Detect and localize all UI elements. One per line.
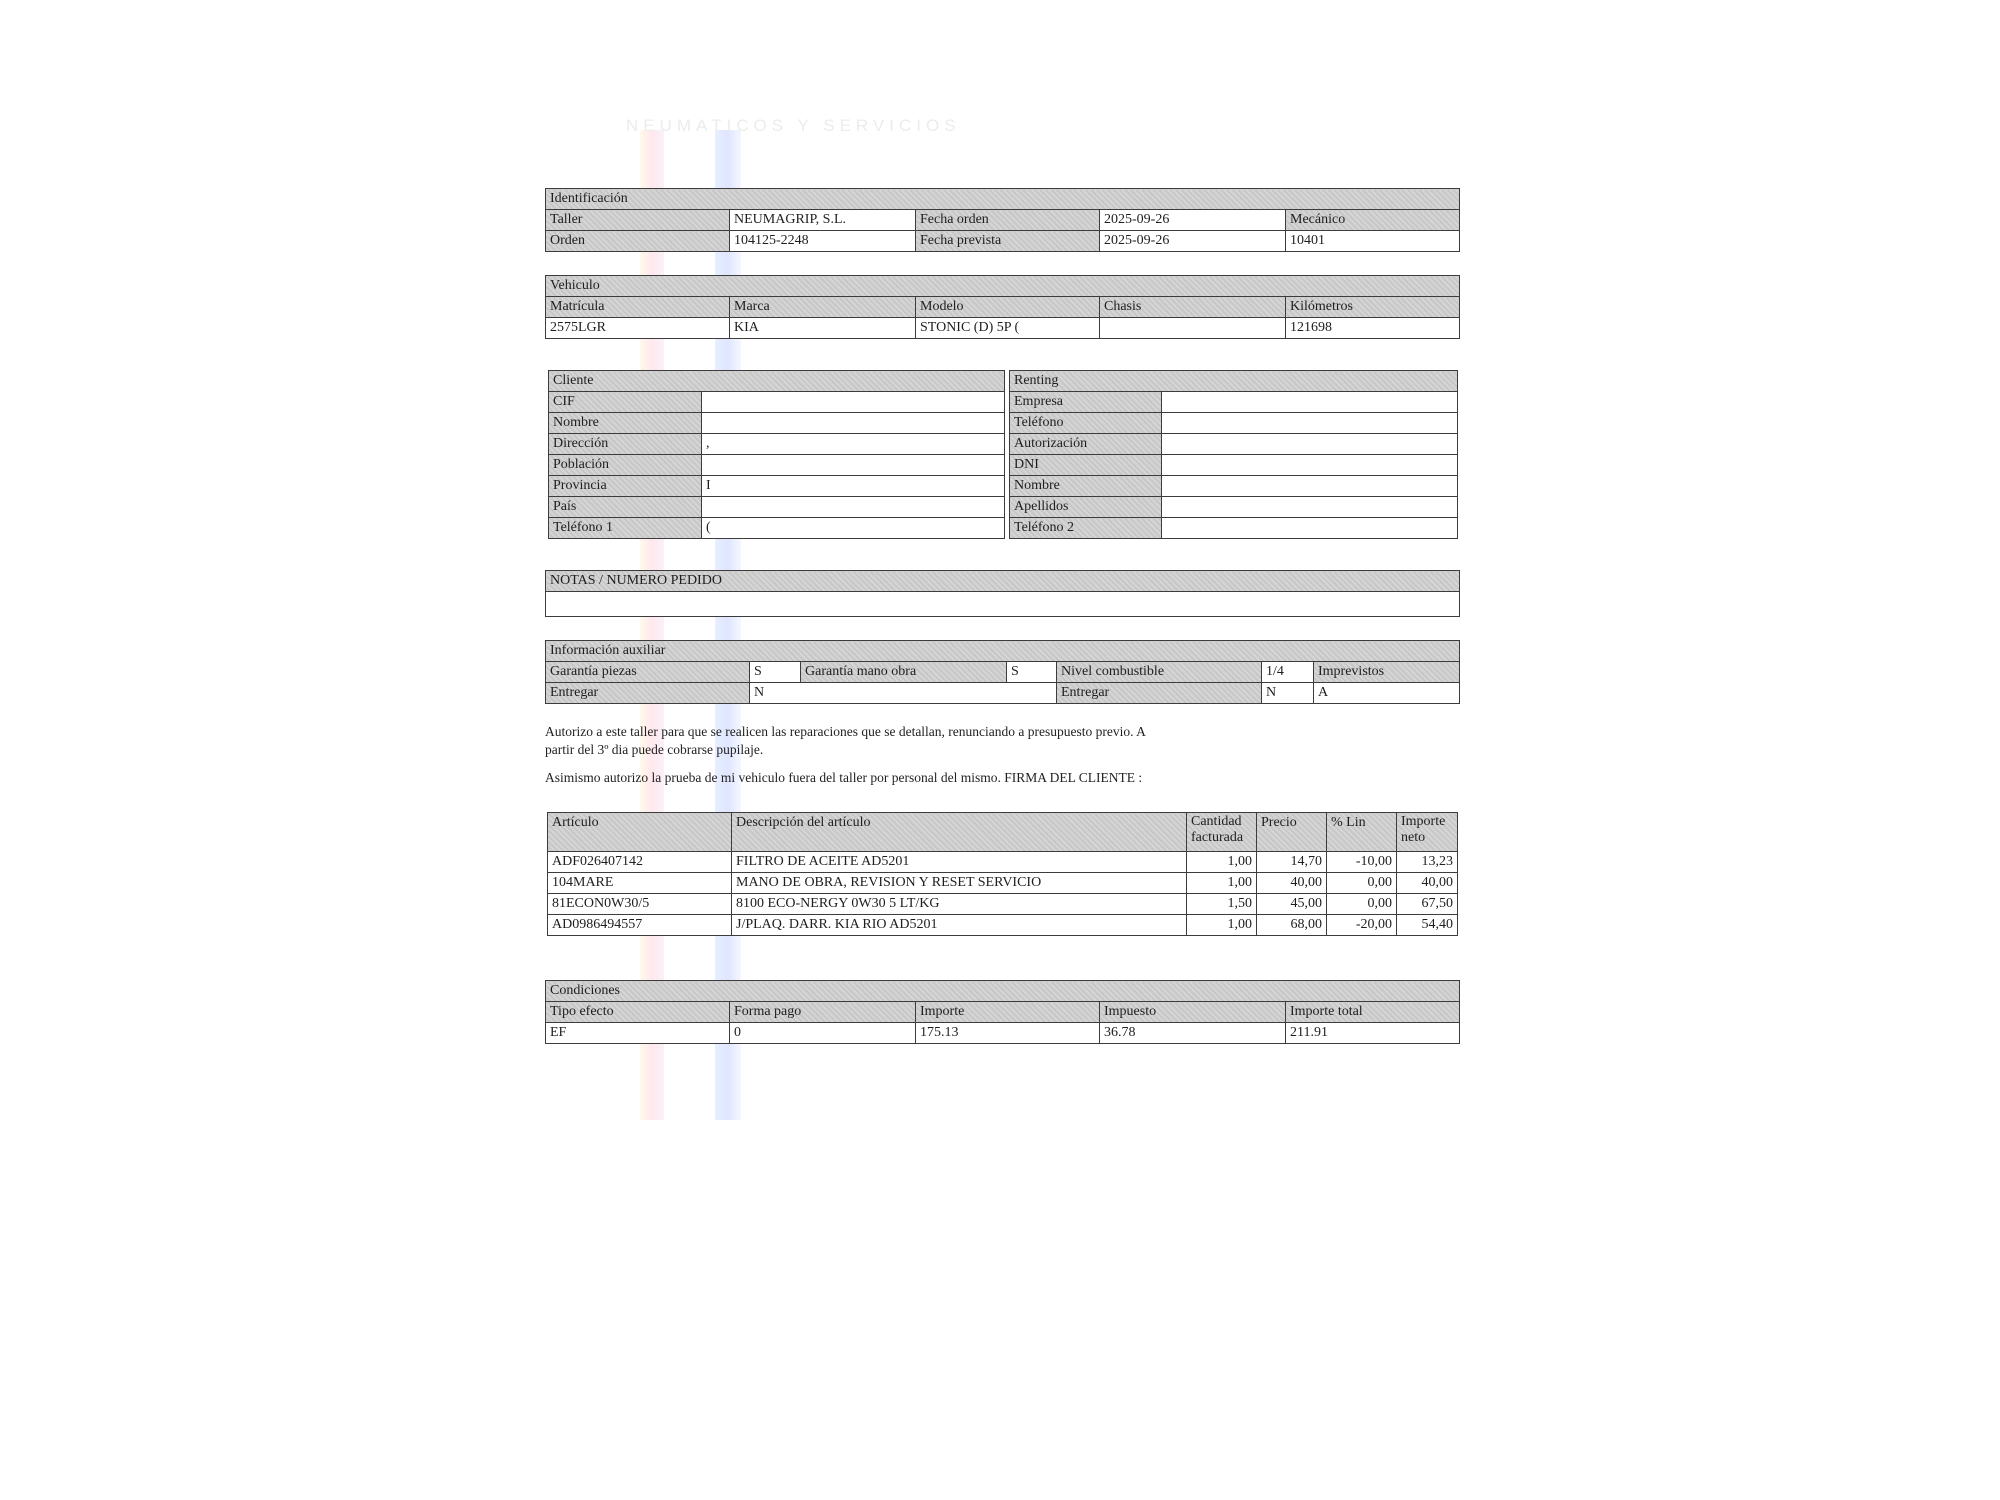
- signature-text: Asimismo autorizo la prueba de mi vehicu…: [545, 769, 1245, 787]
- value-kilometros: 121698: [1286, 318, 1460, 339]
- label-entregar: Entregar: [546, 683, 750, 704]
- value-cif: [702, 392, 1005, 413]
- cell-articulo: 104MARE: [548, 873, 732, 894]
- value-modelo: STONIC (D) 5P (: [916, 318, 1100, 339]
- label-provincia: Provincia: [549, 476, 702, 497]
- cell-cantidad: 1,50: [1187, 894, 1257, 915]
- value-telefono: [1162, 413, 1458, 434]
- cell-precio: 40,00: [1257, 873, 1327, 894]
- label-telefono1: Teléfono 1: [549, 518, 702, 539]
- value-impuesto: 36.78: [1100, 1023, 1286, 1044]
- label-telefono2: Teléfono 2: [1010, 518, 1162, 539]
- header-matricula: Matrícula: [546, 297, 730, 318]
- value-chasis: [1100, 318, 1286, 339]
- table-row: ADF026407142 FILTRO DE ACEITE AD5201 1,0…: [548, 852, 1458, 873]
- articulos-table: Artículo Descripción del artículo Cantid…: [547, 812, 1458, 936]
- value-nivel-combustible: 1/4: [1262, 662, 1314, 683]
- cell-lin: 0,00: [1327, 894, 1397, 915]
- label-mecanico: Mecánico: [1286, 210, 1460, 231]
- label-fecha-orden: Fecha orden: [916, 210, 1100, 231]
- header-chasis: Chasis: [1100, 297, 1286, 318]
- cell-descripcion: MANO DE OBRA, REVISION Y RESET SERVICIO: [732, 873, 1187, 894]
- section-title: Renting: [1010, 371, 1458, 392]
- table-row: AD0986494557 J/PLAQ. DARR. KIA RIO AD520…: [548, 915, 1458, 936]
- label-empresa: Empresa: [1010, 392, 1162, 413]
- header-impuesto: Impuesto: [1100, 1002, 1286, 1023]
- cell-descripcion: FILTRO DE ACEITE AD5201: [732, 852, 1187, 873]
- value-marca: KIA: [730, 318, 916, 339]
- cell-precio: 68,00: [1257, 915, 1327, 936]
- header-kilometros: Kilómetros: [1286, 297, 1460, 318]
- section-title: Condiciones: [546, 981, 1460, 1002]
- header-importe-line1: Importe: [1401, 814, 1445, 829]
- label-dni: DNI: [1010, 455, 1162, 476]
- header-marca: Marca: [730, 297, 916, 318]
- label-nombre: Nombre: [549, 413, 702, 434]
- identificacion-table: Identificación Taller NEUMAGRIP, S.L. Fe…: [545, 188, 1460, 252]
- value-importe-total: 211.91: [1286, 1023, 1460, 1044]
- cell-importe: 13,23: [1397, 852, 1458, 873]
- value-mecanico: 10401: [1286, 231, 1460, 252]
- header-cantidad-line2: facturada: [1191, 830, 1243, 845]
- label-garantia-piezas: Garantía piezas: [546, 662, 750, 683]
- label-telefono: Teléfono: [1010, 413, 1162, 434]
- value-fecha-prevista: 2025-09-26: [1100, 231, 1286, 252]
- header-lin: % Lin: [1327, 813, 1397, 852]
- cell-lin: 0,00: [1327, 873, 1397, 894]
- vehiculo-table: Vehiculo Matrícula Marca Modelo Chasis K…: [545, 275, 1460, 339]
- label-imprevistos: Imprevistos: [1314, 662, 1460, 683]
- cell-cantidad: 1,00: [1187, 852, 1257, 873]
- label-direccion: Dirección: [549, 434, 702, 455]
- value-telefono1: (: [702, 518, 1005, 539]
- header-importe-line2: neto: [1401, 830, 1425, 845]
- value-pais: [702, 497, 1005, 518]
- header-modelo: Modelo: [916, 297, 1100, 318]
- value-nombre: [1162, 476, 1458, 497]
- value-poblacion: [702, 455, 1005, 476]
- cell-cantidad: 1,00: [1187, 915, 1257, 936]
- cell-articulo: ADF026407142: [548, 852, 732, 873]
- value-garantia-piezas: S: [750, 662, 801, 683]
- label-orden: Orden: [546, 231, 730, 252]
- value-dni: [1162, 455, 1458, 476]
- section-title: Información auxiliar: [546, 641, 1460, 662]
- renting-table: Renting Empresa Teléfono Autorización DN…: [1009, 370, 1458, 539]
- header-descripcion: Descripción del artículo: [732, 813, 1187, 852]
- label-taller: Taller: [546, 210, 730, 231]
- value-forma-pago: 0: [730, 1023, 916, 1044]
- value-orden: 104125-2248: [730, 231, 916, 252]
- section-title: Identificación: [546, 189, 1460, 210]
- notas-table: NOTAS / NUMERO PEDIDO: [545, 570, 1460, 617]
- label-cif: CIF: [549, 392, 702, 413]
- section-title: Vehiculo: [546, 276, 1460, 297]
- header-precio: Precio: [1257, 813, 1327, 852]
- section-title: NOTAS / NUMERO PEDIDO: [546, 571, 1460, 592]
- value-entregar: N: [750, 683, 1057, 704]
- label-poblacion: Población: [549, 455, 702, 476]
- header-importe: Importe: [916, 1002, 1100, 1023]
- value-tipo-efecto: EF: [546, 1023, 730, 1044]
- cell-importe: 67,50: [1397, 894, 1458, 915]
- value-importe: 175.13: [916, 1023, 1100, 1044]
- cell-descripcion: J/PLAQ. DARR. KIA RIO AD5201: [732, 915, 1187, 936]
- auxiliar-table: Información auxiliar Garantía piezas S G…: [545, 640, 1460, 704]
- cell-descripcion: 8100 ECO-NERGY 0W30 5 LT/KG: [732, 894, 1187, 915]
- value-provincia: I: [702, 476, 1005, 497]
- value-notas: [546, 592, 1460, 617]
- condiciones-table: Condiciones Tipo efecto Forma pago Impor…: [545, 980, 1460, 1044]
- value-telefono2: [1162, 518, 1458, 539]
- header-cantidad-line1: Cantidad: [1191, 814, 1242, 829]
- cliente-table: Cliente CIF Nombre Dirección, Población …: [548, 370, 1005, 539]
- cell-precio: 14,70: [1257, 852, 1327, 873]
- cell-articulo: 81ECON0W30/5: [548, 894, 732, 915]
- value-garantia-mano-obra: S: [1007, 662, 1057, 683]
- cell-lin: -10,00: [1327, 852, 1397, 873]
- cell-importe: 54,40: [1397, 915, 1458, 936]
- label-pais: País: [549, 497, 702, 518]
- header-cantidad: Cantidad facturada: [1187, 813, 1257, 852]
- header-importe-total: Importe total: [1286, 1002, 1460, 1023]
- header-importe: Importe neto: [1397, 813, 1458, 852]
- value-nombre: [702, 413, 1005, 434]
- label-nombre: Nombre: [1010, 476, 1162, 497]
- label-autorizacion: Autorización: [1010, 434, 1162, 455]
- value-direccion: ,: [702, 434, 1005, 455]
- company-tagline: NEUMATICOS Y SERVICIOS: [626, 116, 961, 136]
- value-matricula: 2575LGR: [546, 318, 730, 339]
- label-nivel-combustible: Nivel combustible: [1057, 662, 1262, 683]
- header-tipo-efecto: Tipo efecto: [546, 1002, 730, 1023]
- value-entregar-2: N: [1262, 683, 1314, 704]
- value-fecha-orden: 2025-09-26: [1100, 210, 1286, 231]
- cell-cantidad: 1,00: [1187, 873, 1257, 894]
- cell-precio: 45,00: [1257, 894, 1327, 915]
- section-title: Cliente: [549, 371, 1005, 392]
- cell-lin: -20,00: [1327, 915, 1397, 936]
- cell-articulo: AD0986494557: [548, 915, 732, 936]
- label-garantia-mano-obra: Garantía mano obra: [801, 662, 1007, 683]
- value-imprevistos: A: [1314, 683, 1460, 704]
- cell-importe: 40,00: [1397, 873, 1458, 894]
- label-apellidos: Apellidos: [1010, 497, 1162, 518]
- table-row: 81ECON0W30/5 8100 ECO-NERGY 0W30 5 LT/KG…: [548, 894, 1458, 915]
- authorization-text: Autorizo a este taller para que se reali…: [545, 723, 1175, 759]
- value-autorizacion: [1162, 434, 1458, 455]
- value-apellidos: [1162, 497, 1458, 518]
- table-row: 104MARE MANO DE OBRA, REVISION Y RESET S…: [548, 873, 1458, 894]
- header-articulo: Artículo: [548, 813, 732, 852]
- label-entregar-2: Entregar: [1057, 683, 1262, 704]
- value-empresa: [1162, 392, 1458, 413]
- label-fecha-prevista: Fecha prevista: [916, 231, 1100, 252]
- header-forma-pago: Forma pago: [730, 1002, 916, 1023]
- value-taller: NEUMAGRIP, S.L.: [730, 210, 916, 231]
